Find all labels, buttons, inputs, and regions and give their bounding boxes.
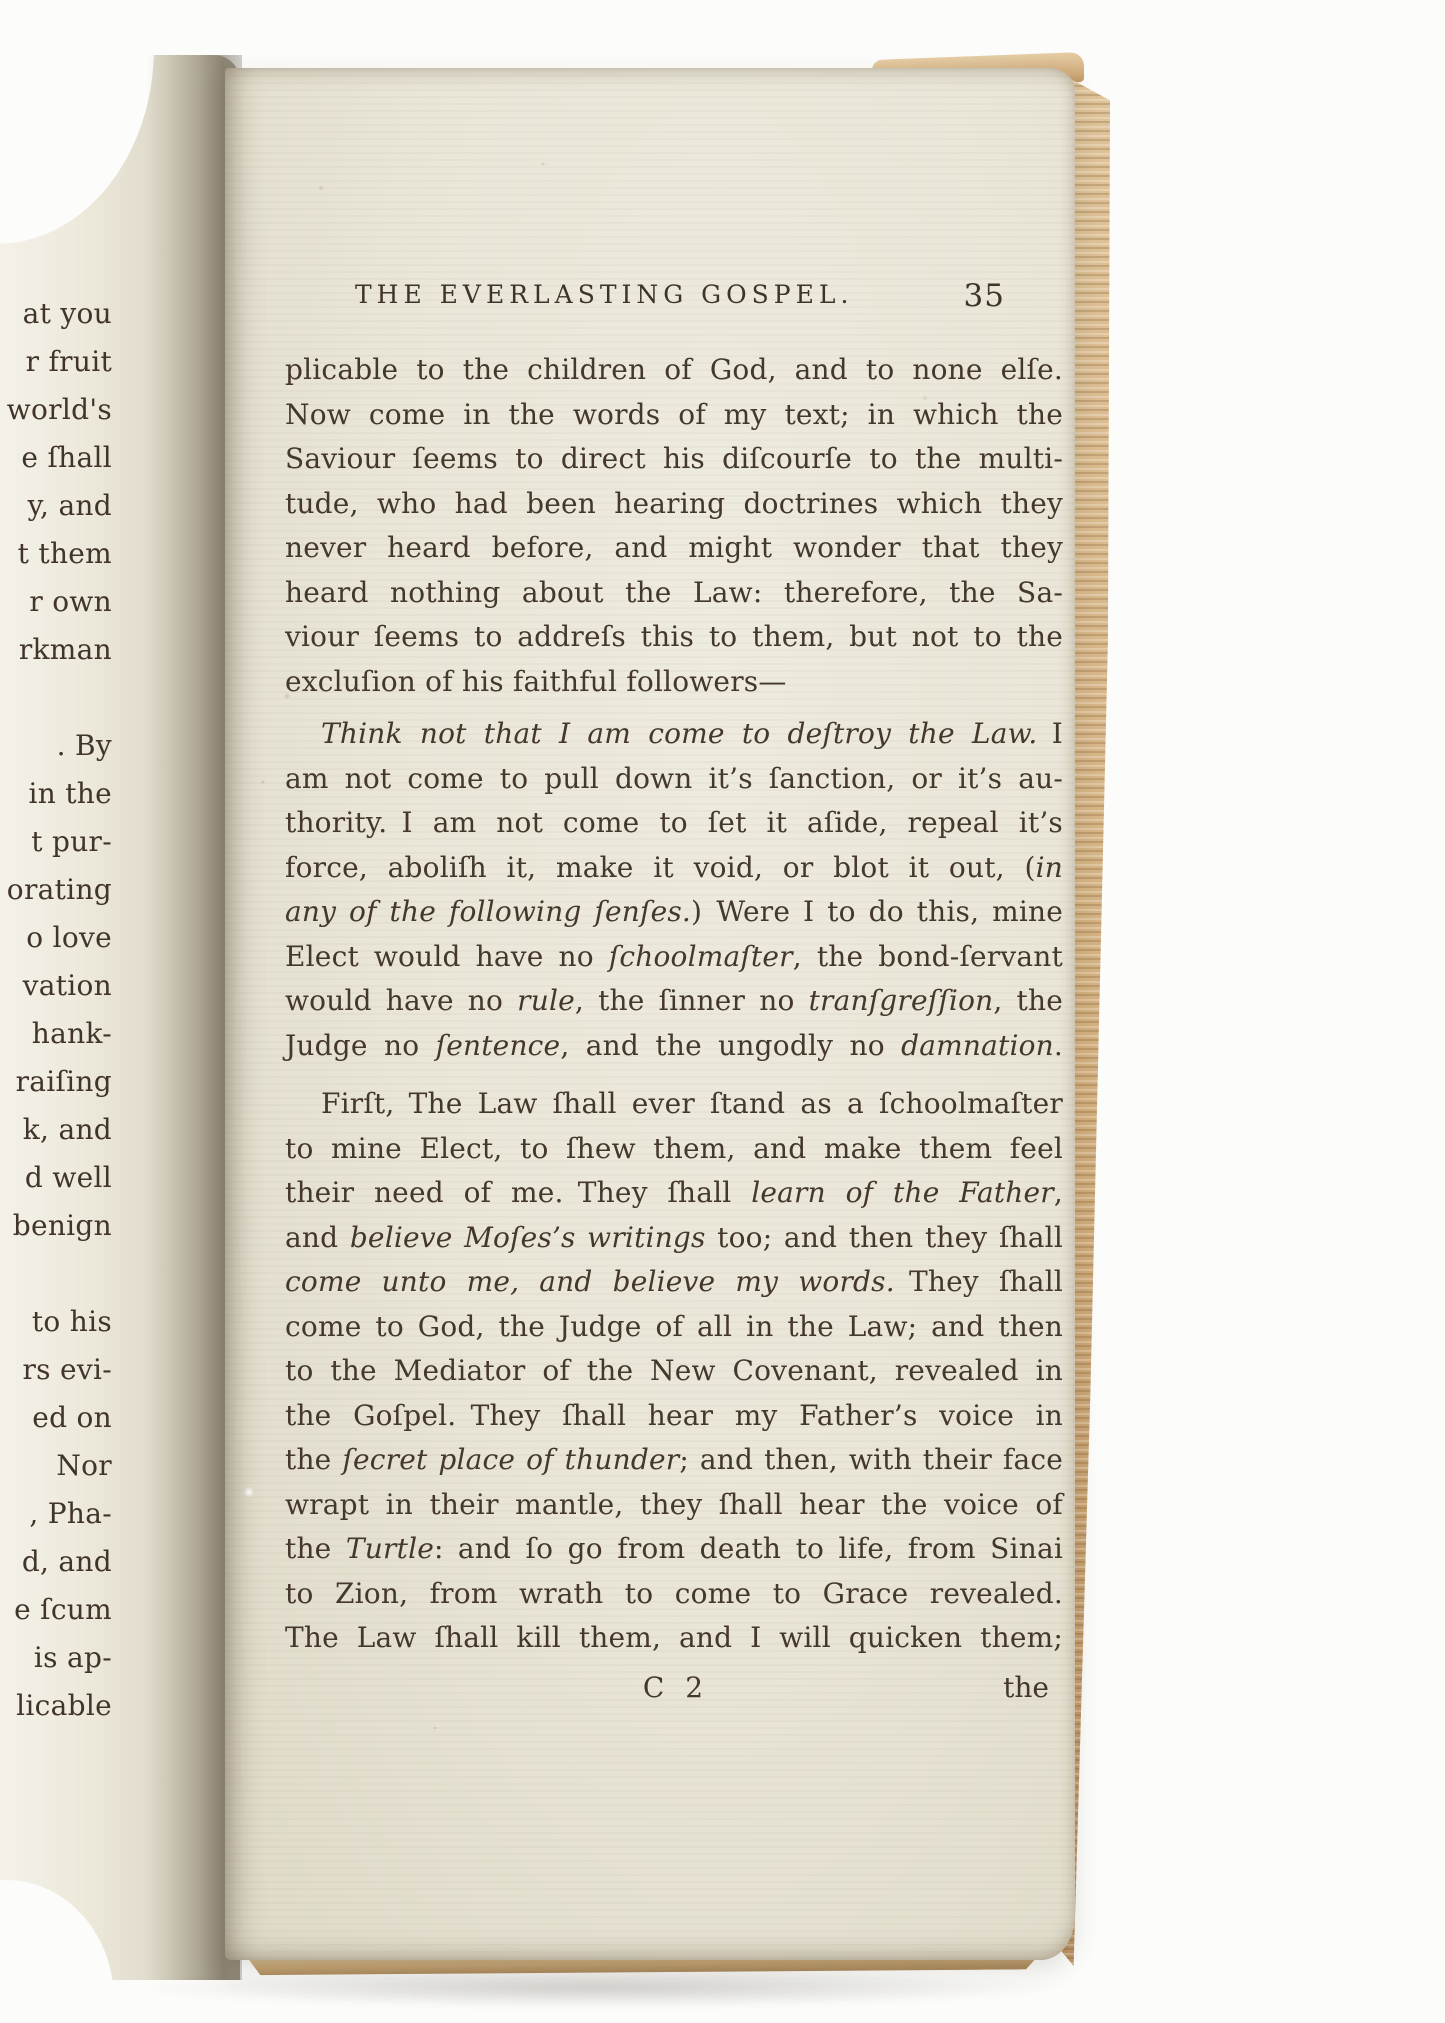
text-line: never heard before, and might wonder tha…: [285, 526, 1063, 571]
text-line: come to God, the Judge of all in the Law…: [285, 1305, 1063, 1350]
text-line: Now come in the words of my text; in whi…: [285, 393, 1063, 438]
left-page-fragment: r own: [0, 578, 112, 626]
left-page-fragment: at you: [0, 290, 112, 338]
left-page-fragment: y, and: [0, 482, 112, 530]
left-page-fragment: e ſhall: [0, 434, 112, 482]
left-page-fragment: is ap-: [0, 1634, 112, 1682]
left-page-fragment: r fruit: [0, 338, 112, 386]
left-page-fragment: [0, 674, 112, 722]
left-page-fragment: world's: [0, 386, 112, 434]
left-page-fragment: to his: [0, 1298, 112, 1346]
left-page-fragment: t them: [0, 530, 112, 578]
book-photo: at your fruitworld'se ſhally, andt themr…: [0, 0, 1445, 2023]
left-page-fragment: [0, 1250, 112, 1298]
text-line: wrapt in their mantle, they ſhall hear t…: [285, 1483, 1063, 1528]
text-line: their need of me. They ſhall learn of th…: [285, 1171, 1063, 1216]
text-line: heard nothing about the Law: therefore, …: [285, 571, 1063, 616]
text-line: plicable to the children of God, and to …: [285, 348, 1063, 393]
text-line: tude, who had been hearing doctrines whi…: [285, 482, 1063, 527]
paragraph: Firſt, The Law ſhall ever ſtand as a ſch…: [285, 1082, 1063, 1661]
text-line: Elect would have no ſchoolmaſter, the bo…: [285, 935, 1063, 980]
left-page-fragment: . By: [0, 722, 112, 770]
text-line: thority. I am not come to ſet it aſide, …: [285, 801, 1063, 846]
paragraph: plicable to the children of God, and to …: [285, 348, 1063, 704]
left-page-fragment: benign: [0, 1202, 112, 1250]
text-line: viour ſeems to addreſs this to them, but…: [285, 615, 1063, 660]
left-page-fragment: , Pha-: [0, 1490, 112, 1538]
footer-row: C 2 the: [285, 1671, 1063, 1715]
left-page-fragment: raiſing: [0, 1058, 112, 1106]
right-page: THE EVERLASTING GOSPEL. 35 plicable to t…: [225, 68, 1075, 1960]
catchword: the: [1003, 1671, 1049, 1704]
left-page-fragment: t pur-: [0, 818, 112, 866]
text-line: any of the following ſenſes.) Were I to …: [285, 890, 1063, 935]
text-line: Firſt, The Law ſhall ever ſtand as a ſch…: [285, 1082, 1063, 1127]
text-line: Think not that I am come to deſtroy the …: [285, 712, 1063, 757]
text-line: Judge no ſentence, and the ungodly no da…: [285, 1024, 1063, 1069]
text-line: force, aboliſh it, make it void, or blot…: [285, 846, 1063, 891]
text-line: The Law ſhall kill them, and I will quic…: [285, 1616, 1063, 1661]
left-page-fragment: in the: [0, 770, 112, 818]
text-line: come unto me, and believe my words. They…: [285, 1260, 1063, 1305]
text-line: to Zion, from wrath to come to Grace rev…: [285, 1572, 1063, 1617]
left-page-fragment: o love: [0, 914, 112, 962]
text-line: Saviour ſeems to direct his diſcourſe to…: [285, 437, 1063, 482]
left-page-fragment: d well: [0, 1154, 112, 1202]
left-page-fragment: e ſcum: [0, 1586, 112, 1634]
left-page-fragment: rs evi-: [0, 1346, 112, 1394]
page-number: 35: [964, 278, 1005, 314]
text-line: and believe Moſes’s writings too; and th…: [285, 1216, 1063, 1261]
signature-mark: C 2: [643, 1671, 709, 1704]
book-shadow: [130, 1968, 1060, 2008]
text-line: am not come to pull down it’s ſanction, …: [285, 757, 1063, 802]
left-page-fragment: Nor: [0, 1442, 112, 1490]
paragraph: Think not that I am come to deſtroy the …: [285, 712, 1063, 1068]
text-line: the Goſpel. They ſhall hear my Father’s …: [285, 1394, 1063, 1439]
text-line: to the Mediator of the New Covenant, rev…: [285, 1349, 1063, 1394]
left-page-fragment: rkman: [0, 626, 112, 674]
text-line: would have no rule, the ſinner no tranſg…: [285, 979, 1063, 1024]
left-page-fragment: orating: [0, 866, 112, 914]
left-page-fragment: k, and: [0, 1106, 112, 1154]
left-page-text: at your fruitworld'se ſhally, andt themr…: [0, 290, 112, 1730]
text-line: to mine Elect, to ſhew them, and make th…: [285, 1127, 1063, 1172]
text-line: the ſecret place of thunder; and then, w…: [285, 1438, 1063, 1483]
left-page-fragment: d, and: [0, 1538, 112, 1586]
running-title: THE EVERLASTING GOSPEL.: [355, 280, 853, 309]
text-line: the Turtle: and ſo go from death to life…: [285, 1527, 1063, 1572]
left-page-fragment: vation: [0, 962, 112, 1010]
running-head: THE EVERLASTING GOSPEL. 35: [285, 280, 1063, 324]
text-block: THE EVERLASTING GOSPEL. 35 plicable to t…: [285, 68, 1063, 1715]
text-line: excluſion of his faithful followers—: [285, 660, 1063, 705]
body-text: plicable to the children of God, and to …: [285, 348, 1063, 1661]
left-page-fragment: hank-: [0, 1010, 112, 1058]
left-page-fragment: licable: [0, 1682, 112, 1730]
left-page-fragment: ed on: [0, 1394, 112, 1442]
